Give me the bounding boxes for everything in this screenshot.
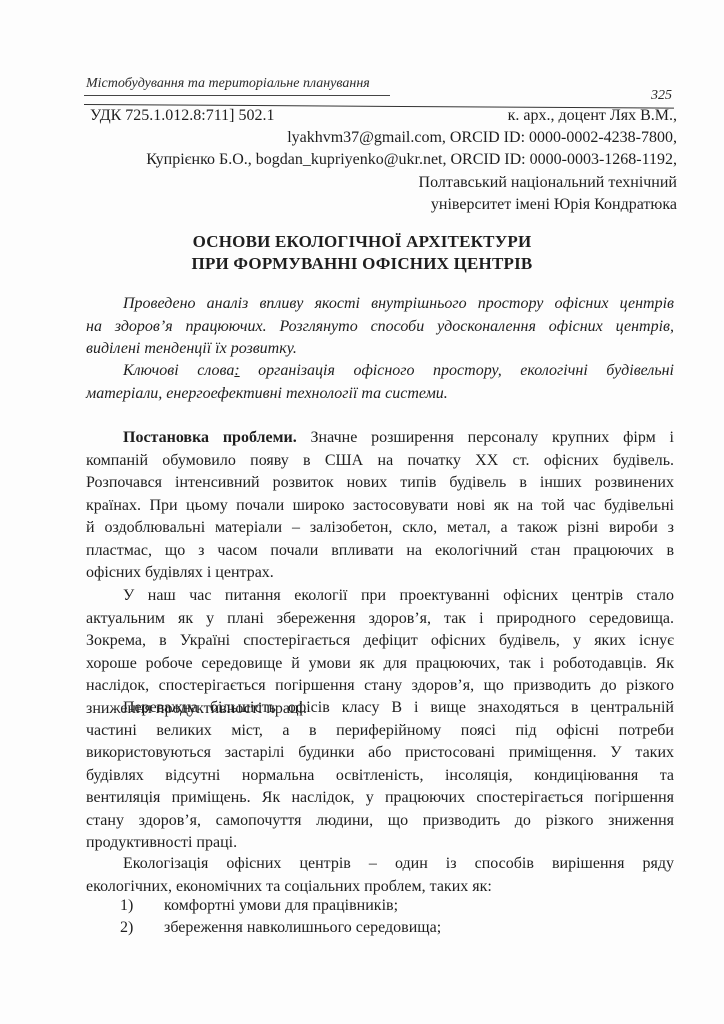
body-line: продуктивності праці. xyxy=(86,832,674,855)
page-number: 325 xyxy=(651,88,672,104)
list-number: 1) xyxy=(120,897,133,915)
body-line: пластмас, що з часом почали впливати на … xyxy=(86,540,674,563)
list-text: збереження навколишнього середовища; xyxy=(164,919,441,937)
article-title-line-2: ПРИ ФОРМУВАННІ ОФІСНИХ ЦЕНТРІВ xyxy=(0,254,724,274)
keywords-label: Ключові слова xyxy=(123,362,234,379)
body-line: У наш час питання екології при проектува… xyxy=(86,585,674,608)
list-text: комфортні умови для працівників; xyxy=(164,897,398,915)
body-line: екологічних, економічних та соціальних п… xyxy=(86,876,674,899)
list-number: 2) xyxy=(120,919,133,937)
author-1-title: к. арх., доцент Лях В.М., xyxy=(508,107,677,125)
article-title-line-1: ОСНОВИ ЕКОЛОГІЧНОЇ АРХІТЕКТУРИ xyxy=(0,232,724,252)
abstract-line: Проведено аналіз впливу якості внутрішнь… xyxy=(86,293,674,316)
body-line: актуальним як у плані збереження здоров’… xyxy=(86,608,674,631)
keywords: Ключові слова: організація офісного прос… xyxy=(86,360,674,405)
paragraph-3: Переважна більшість офісів класу В і вищ… xyxy=(86,697,674,855)
udk-code: УДК 725.1.012.8:711] 502.1 xyxy=(90,107,274,125)
abstract-line: на здоров’я працюючих. Розглянуто способ… xyxy=(86,316,674,339)
affiliation-line-1: Полтавський національний технічний xyxy=(419,174,677,192)
affiliation-line-2: університет імені Юрія Кондратюка xyxy=(431,196,677,214)
body-line: Переважна більшість офісів класу В і вищ… xyxy=(86,697,674,720)
section-problem-statement: Постановка проблеми. Значне розширення п… xyxy=(86,427,674,585)
abstract: Проведено аналіз впливу якості внутрішнь… xyxy=(86,293,674,361)
body-line: Розпочався інтенсивний розвиток нових ти… xyxy=(86,472,674,495)
body-line: будівлях відсутні нормальна освітленість… xyxy=(86,765,674,788)
running-title: Містобудування та територіальне плануван… xyxy=(86,76,370,92)
author-2-contact: Купрієнко Б.О., bogdan_kupriyenko@ukr.ne… xyxy=(146,151,677,169)
abstract-line: виділені тенденції їх розвитку. xyxy=(86,338,674,361)
body-line: вентиляція приміщень. Як наслідок, у пра… xyxy=(86,787,674,810)
running-title-underline xyxy=(84,95,390,96)
keywords-line: матеріали, енергоефективні технології та… xyxy=(86,383,674,406)
body-line: стану здоров’я, самопочуття людини, що п… xyxy=(86,810,674,833)
body-text: Значне розширення персоналу крупних фірм… xyxy=(297,429,674,446)
body-line: використовуються застарілі будинки або п… xyxy=(86,742,674,765)
section-heading: Постановка проблеми. xyxy=(123,429,297,446)
body-line: офісних будівлях і центрах. xyxy=(86,562,674,585)
keywords-list: організація офісного простору, екологічн… xyxy=(240,362,674,379)
body-line: Екологізація офісних центрів – один із с… xyxy=(86,853,674,876)
body-line: Зокрема, в Україні спостерігається дефіц… xyxy=(86,630,674,653)
document-page: Містобудування та територіальне плануван… xyxy=(0,0,724,1024)
body-line: частині великих міст, а в периферійному … xyxy=(86,720,674,743)
paragraph-4: Екологізація офісних центрів – один із с… xyxy=(86,853,674,898)
body-line: компаній обумовило появу в США на початк… xyxy=(86,450,674,473)
author-1-contact: lyakhvm37@gmail.com, ORCID ID: 0000-0002… xyxy=(287,129,677,147)
body-line: хороше робоче середовище й умови як для … xyxy=(86,653,674,676)
body-line: країнах. При цьому почали широко застосо… xyxy=(86,495,674,518)
body-line: й оздоблювальні матеріали – залізобетон,… xyxy=(86,517,674,540)
body-line: наслідок, спостерігається погіршення ста… xyxy=(86,675,674,698)
